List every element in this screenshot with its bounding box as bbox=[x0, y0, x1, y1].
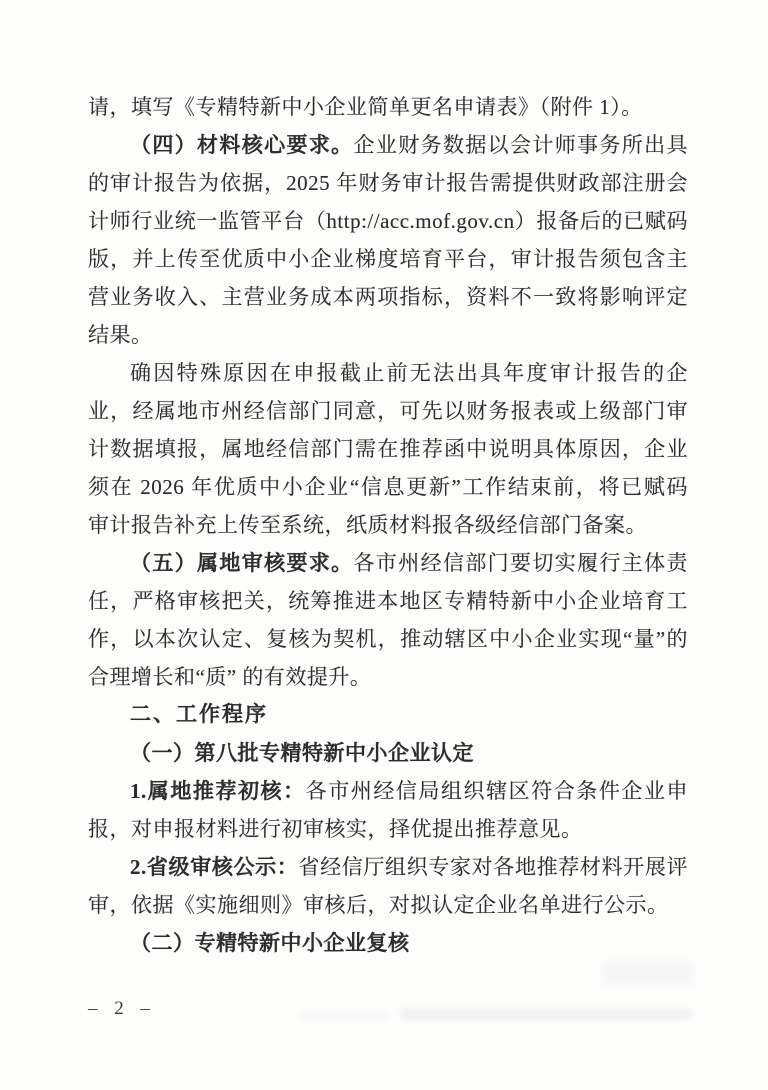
text-line: 须在 2026 年优质中小企业“信息更新”工作结束前，将已赋码 bbox=[88, 468, 688, 506]
text-line: 1.属地推荐初核：各市州经信局组织辖区符合条件企业申 bbox=[88, 772, 688, 810]
text-run: 结果。 bbox=[88, 323, 153, 347]
text-run: 审计报告补充上传至系统，纸质材料报各级经信部门备案。 bbox=[88, 513, 647, 537]
text-run: 计数据填报，属地经信部门需在推荐函中说明具体原因，企业 bbox=[88, 437, 688, 461]
text-run-bold: （四）材料核心要求。 bbox=[130, 133, 354, 157]
text-run: 业，经属地市州经信部门同意，可先以财务报表或上级部门审 bbox=[88, 399, 688, 423]
heading-text: （一）第八批专精特新中小企业认定 bbox=[130, 741, 474, 765]
text-line: 营业务收入、主营业务成本两项指标，资料不一致将影响评定 bbox=[88, 278, 688, 316]
text-run: 省经信厅组织专家对各地推荐材料开展评 bbox=[298, 855, 688, 879]
text-line: 2.省级审核公示：省经信厅组织专家对各地推荐材料开展评 bbox=[88, 848, 688, 886]
text-line: 请，填写《专精特新中小企业简单更名申请表》（附件 1）。 bbox=[88, 88, 688, 126]
text-run: 营业务收入、主营业务成本两项指标，资料不一致将影响评定 bbox=[88, 285, 688, 309]
text-line: 审计报告补充上传至系统，纸质材料报各级经信部门备案。 bbox=[88, 506, 688, 544]
text-line: 任，严格审核把关，统筹推进本地区专精特新中小企业培育工 bbox=[88, 582, 688, 620]
text-run-bold: 2.省级审核公示： bbox=[130, 855, 298, 879]
text-run: 各市州经信局组织辖区符合条件企业申 bbox=[306, 779, 688, 803]
text-run: 企业财务数据以会计师事务所出具 bbox=[354, 133, 688, 157]
text-run: 确因特殊原因在申报截止前无法出具年度审计报告的企 bbox=[130, 361, 688, 385]
text-run: 任，严格审核把关，统筹推进本地区专精特新中小企业培育工 bbox=[88, 589, 688, 613]
text-run: 作，以本次认定、复核为契机，推动辖区中小企业实现“量”的 bbox=[88, 627, 688, 651]
scanned-document-page: 请，填写《专精特新中小企业简单更名申请表》（附件 1）。 （四）材料核心要求。企… bbox=[0, 0, 768, 1090]
text-line: （五）属地审核要求。各市州经信部门要切实履行主体责 bbox=[88, 544, 688, 582]
text-line: 结果。 bbox=[88, 316, 688, 354]
text-line: 计数据填报，属地经信部门需在推荐函中说明具体原因，企业 bbox=[88, 430, 688, 468]
text-line: 的审计报告为依据，2025 年财务审计报告需提供财政部注册会 bbox=[88, 164, 688, 202]
text-line: 报，对申报材料进行初审核实，择优提出推荐意见。 bbox=[88, 810, 688, 848]
text-run: 合理增长和“质” 的有效提升。 bbox=[88, 665, 371, 689]
text-line: 计师行业统一监管平台（http://acc.mof.gov.cn）报备后的已赋码 bbox=[88, 202, 688, 240]
scan-bleedthrough-artifact bbox=[602, 960, 694, 986]
document-body: 请，填写《专精特新中小企业简单更名申请表》（附件 1）。 （四）材料核心要求。企… bbox=[88, 88, 688, 962]
page-number: – 2 – bbox=[88, 998, 153, 1020]
text-line: （四）材料核心要求。企业财务数据以会计师事务所出具 bbox=[88, 126, 688, 164]
text-line: 确因特殊原因在申报截止前无法出具年度审计报告的企 bbox=[88, 354, 688, 392]
subsection-heading: （二）专精特新中小企业复核 bbox=[88, 924, 688, 962]
text-run: 计师行业统一监管平台（http://acc.mof.gov.cn）报备后的已赋码 bbox=[88, 209, 688, 233]
heading-text: （二）专精特新中小企业复核 bbox=[130, 931, 410, 955]
text-run: 各市州经信部门要切实履行主体责 bbox=[354, 551, 688, 575]
text-line: 业，经属地市州经信部门同意，可先以财务报表或上级部门审 bbox=[88, 392, 688, 430]
text-run-bold: （五）属地审核要求。 bbox=[130, 551, 354, 575]
text-run: 须在 2026 年优质中小企业“信息更新”工作结束前，将已赋码 bbox=[88, 475, 688, 499]
text-run-bold: 1.属地推荐初核： bbox=[130, 779, 306, 803]
scan-bleedthrough-artifact bbox=[300, 1012, 390, 1020]
heading-text: 二、工作程序 bbox=[130, 703, 268, 726]
text-run: 的审计报告为依据，2025 年财务审计报告需提供财政部注册会 bbox=[88, 171, 688, 195]
text-run: 版，并上传至优质中小企业梯度培育平台，审计报告须包含主 bbox=[88, 247, 688, 271]
text-run: 审，依据《实施细则》审核后，对拟认定企业名单进行公示。 bbox=[88, 893, 669, 917]
text-run: 报，对申报材料进行初审核实，择优提出推荐意见。 bbox=[88, 817, 583, 841]
scan-bleedthrough-artifact bbox=[400, 1008, 692, 1020]
text-line: 审，依据《实施细则》审核后，对拟认定企业名单进行公示。 bbox=[88, 886, 688, 924]
subsection-heading: （一）第八批专精特新中小企业认定 bbox=[88, 734, 688, 772]
text-line: 合理增长和“质” 的有效提升。 bbox=[88, 658, 688, 696]
text-run: 请，填写《专精特新中小企业简单更名申请表》（附件 1）。 bbox=[88, 95, 643, 119]
section-heading: 二、工作程序 bbox=[88, 696, 688, 734]
text-line: 版，并上传至优质中小企业梯度培育平台，审计报告须包含主 bbox=[88, 240, 688, 278]
text-line: 作，以本次认定、复核为契机，推动辖区中小企业实现“量”的 bbox=[88, 620, 688, 658]
